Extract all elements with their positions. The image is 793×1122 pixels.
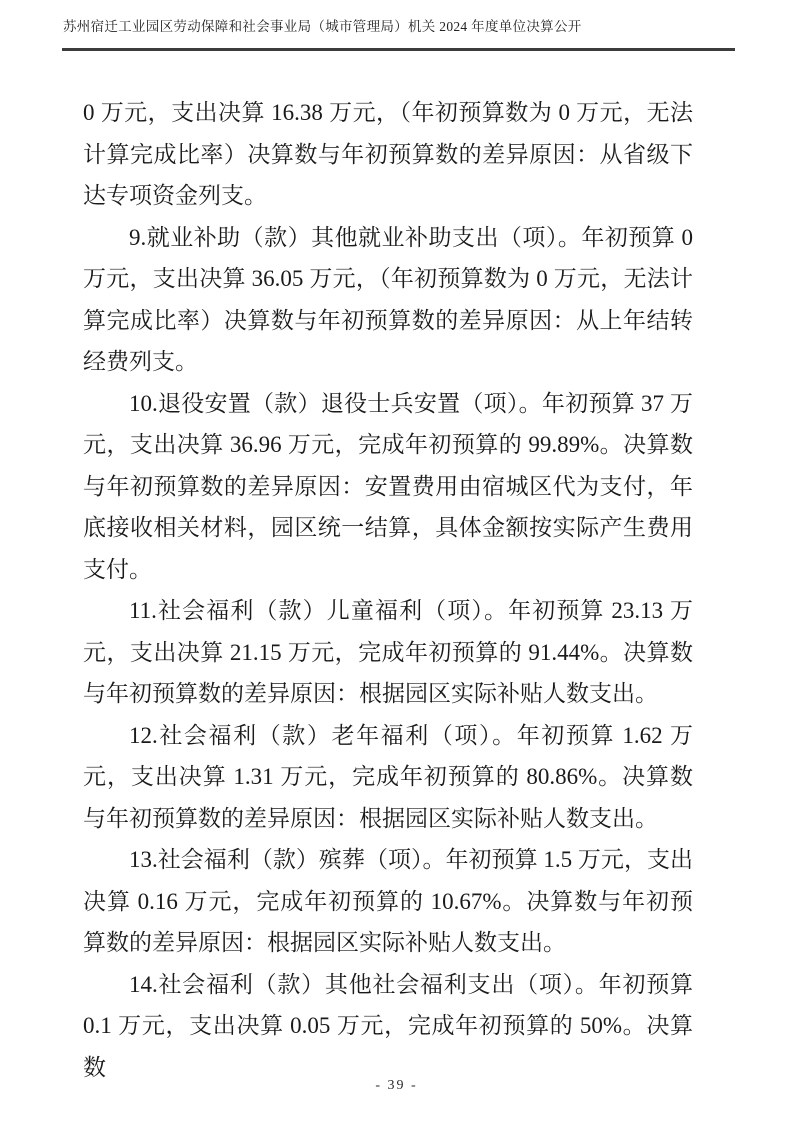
body-paragraph-item-11: 11.社会福利（款）儿童福利（项）。年初预算 23.13 万元，支出决算 21.…	[83, 590, 693, 715]
page-number: - 39 -	[375, 1078, 417, 1093]
body-paragraph-item-13: 13.社会福利（款）殡葬（项）。年初预算 1.5 万元，支出决算 0.16 万元…	[83, 839, 693, 964]
body-paragraph-item-10: 10.退役安置（款）退役士兵安置（项）。年初预算 37 万元，支出决算 36.9…	[83, 383, 693, 591]
body-paragraph-continuation: 0 万元，支出决算 16.38 万元，（年初预算数为 0 万元，无法计算完成比率…	[83, 92, 693, 217]
document-body: 0 万元，支出决算 16.38 万元，（年初预算数为 0 万元，无法计算完成比率…	[83, 92, 693, 1088]
header-rule	[62, 48, 735, 51]
body-paragraph-item-9: 9.就业补助（款）其他就业补助支出（项）。年初预算 0 万元，支出决算 36.0…	[83, 217, 693, 383]
document-page: 苏州宿迁工业园区劳动保障和社会事业局（城市管理局）机关 2024 年度单位决算公…	[0, 0, 793, 1122]
page-footer: - 39 -	[0, 1078, 793, 1094]
header-title: 苏州宿迁工业园区劳动保障和社会事业局（城市管理局）机关 2024 年度单位决算公…	[63, 17, 735, 37]
body-paragraph-item-12: 12.社会福利（款）老年福利（项）。年初预算 1.62 万元，支出决算 1.31…	[83, 715, 693, 840]
body-paragraph-item-14: 14.社会福利（款）其他社会福利支出（项）。年初预算 0.1 万元，支出决算 0…	[83, 964, 693, 1089]
